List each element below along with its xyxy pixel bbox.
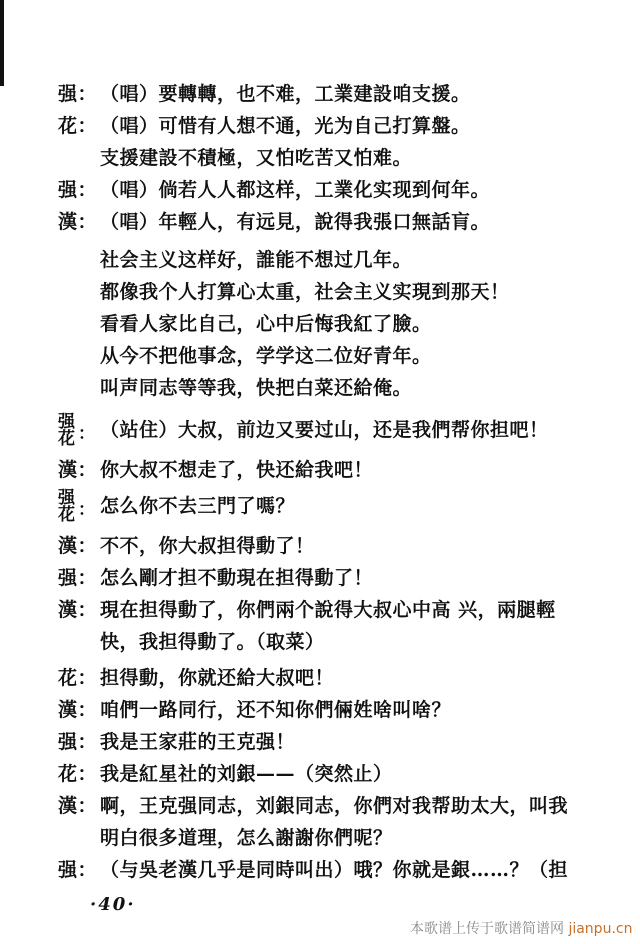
dialogue-text: 我是紅星社的刘銀——（突然止） — [100, 758, 393, 790]
dialogue-text: 支援建設不積極，又怕吃苦又怕难。 — [100, 142, 412, 174]
speaker-label: 强： — [58, 854, 98, 886]
dialogue-line: 花： （唱）可惜有人想不通，光为自己打算盤。 — [58, 110, 598, 142]
verse-line: 社会主义这样好，誰能不想过几年。 — [58, 244, 598, 276]
dialogue-text: （唱）年輕人，有远見，說得我張口無話肓。 — [100, 206, 490, 238]
dialogue-line: 支援建設不積極，又怕吃苦又怕难。 — [58, 142, 598, 174]
dialogue-text: 怎么你不去三門了嗎？ — [100, 490, 295, 522]
speaker-label: 漢： — [58, 530, 98, 562]
dialogue-line: 花： 担得動，你就还給大叔吧！ — [58, 662, 598, 694]
speaker-label: 漢： — [58, 694, 98, 726]
dialogue-text: （与吳老漢几乎是同時叫出）哦？你就是銀……？（担 — [100, 854, 568, 886]
verse-text: 社会主义这样好，誰能不想过几年。 — [100, 244, 412, 276]
dialogue-line: 花： 我是紅星社的刘銀——（突然止） — [58, 758, 598, 790]
dialogue-line: 强： （唱）倘若人人都这样，工業化实现到何年。 — [58, 174, 598, 206]
dialogue-text: 現在担得動了，你們兩个說得大叔心中高 兴，兩腿輕 — [100, 594, 556, 626]
dialogue-line: 漢： 咱們一路同行，还不知你們倆姓啥叫啥？ — [58, 694, 598, 726]
scan-edge-bar — [0, 0, 4, 86]
speaker-label: 花： — [58, 758, 98, 790]
dialogue-line: 漢： 你大叔不想走了，快还給我吧！ — [58, 454, 598, 486]
dialogue-line: 强： （与吳老漢几乎是同時叫出）哦？你就是銀……？（担 — [58, 854, 598, 886]
verse-text: 都像我个人打算心太重，社会主义实現到那天！ — [100, 276, 510, 308]
verse-text: 看看人家比自己，心中后悔我紅了臉。 — [100, 308, 432, 340]
dialogue-line: 快，我担得動了。（取菜） — [58, 626, 598, 658]
dialogue-text: 咱們一路同行，还不知你們倆姓啥叫啥？ — [100, 694, 451, 726]
dialogue-text: 我是王家莊的王克强！ — [100, 726, 295, 758]
speaker-label: 花： — [58, 662, 98, 694]
dialogue-line: 明白很多道理，怎么謝謝你們呢？ — [58, 822, 598, 854]
verse-line: 看看人家比自己，心中后悔我紅了臉。 — [58, 308, 598, 340]
dialogue-line: 强 花 ： 怎么你不去三門了嗎？ — [58, 486, 598, 530]
speaker-label: 漢： — [58, 206, 98, 238]
dialogue-text: 你大叔不想走了，快还給我吧！ — [100, 454, 373, 486]
speaker-label: 强： — [58, 174, 98, 206]
speaker-label: 强： — [58, 562, 98, 594]
verse-line: 叫声同志等等我，快把白菜还給俺。 — [58, 372, 598, 404]
speaker-label: 强： — [58, 78, 98, 110]
speaker-label: 强： — [58, 726, 98, 758]
watermark-domain: jianpu.cn — [568, 921, 632, 937]
dialogue-text: 担得動，你就还給大叔吧！ — [100, 662, 334, 694]
dialogue-text: （唱）倘若人人都这样，工業化实现到何年。 — [100, 174, 490, 206]
dialogue-line: 强 花 ： （站住）大叔，前边又要过山，还是我們帮你担吧！ — [58, 410, 598, 454]
dialogue-text: 快，我担得動了。（取菜） — [100, 626, 325, 658]
speaker-label-stacked: 强 花 ： — [58, 490, 98, 524]
dialogue-line: 漢： （唱）年輕人，有远見，說得我張口無話肓。 — [58, 206, 598, 238]
watermark-text: 本歌谱上传于歌谱简谱网 — [410, 921, 568, 937]
dialogue-text: 啊，王克强同志，刘銀同志，你們对我帮助太大，叫我 — [100, 790, 568, 822]
verse-text: 从今不把他事念，学学这二位好青年。 — [100, 340, 432, 372]
page-number: ·40· — [90, 894, 136, 915]
speaker-label: 漢： — [58, 594, 98, 626]
dialogue-line: 强： 怎么剛才担不動現在担得動了！ — [58, 562, 598, 594]
speaker-label: 漢： — [58, 454, 98, 486]
dialogue-text: （唱）要轉轉，也不难，工業建設咱支援。 — [100, 78, 471, 110]
dialogue-line: 漢： 現在担得動了，你們兩个說得大叔心中高 兴，兩腿輕 — [58, 594, 598, 626]
dialogue-line: 强： （唱）要轉轉，也不难，工業建設咱支援。 — [58, 78, 598, 110]
speaker-label-stacked: 强 花 ： — [58, 414, 98, 448]
speaker-label: 漢： — [58, 790, 98, 822]
verse-text: 叫声同志等等我，快把白菜还給俺。 — [100, 372, 412, 404]
dialogue-text: 明白很多道理，怎么謝謝你們呢？ — [100, 822, 393, 854]
dialogue-text: （唱）可惜有人想不通，光为自己打算盤。 — [100, 110, 471, 142]
speaker-label: 花： — [58, 110, 98, 142]
watermark: 本歌谱上传于歌谱简谱网 jianpu.cn — [410, 918, 632, 938]
dialogue-text: （站住）大叔，前边又要过山，还是我們帮你担吧！ — [100, 414, 549, 446]
verse-line: 都像我个人打算心太重，社会主义实現到那天！ — [58, 276, 598, 308]
dialogue-line: 强： 我是王家莊的王克强！ — [58, 726, 598, 758]
dialogue-line: 漢： 啊，王克强同志，刘銀同志，你們对我帮助太大，叫我 — [58, 790, 598, 822]
dialogue-text: 不不，你大叔担得動了！ — [100, 530, 315, 562]
dialogue-text: 怎么剛才担不動現在担得動了！ — [100, 562, 373, 594]
verse-line: 从今不把他事念，学学这二位好青年。 — [58, 340, 598, 372]
dialogue-line: 漢： 不不，你大叔担得動了！ — [58, 530, 598, 562]
script-page: 强： （唱）要轉轉，也不难，工業建設咱支援。 花： （唱）可惜有人想不通，光为自… — [58, 78, 598, 886]
